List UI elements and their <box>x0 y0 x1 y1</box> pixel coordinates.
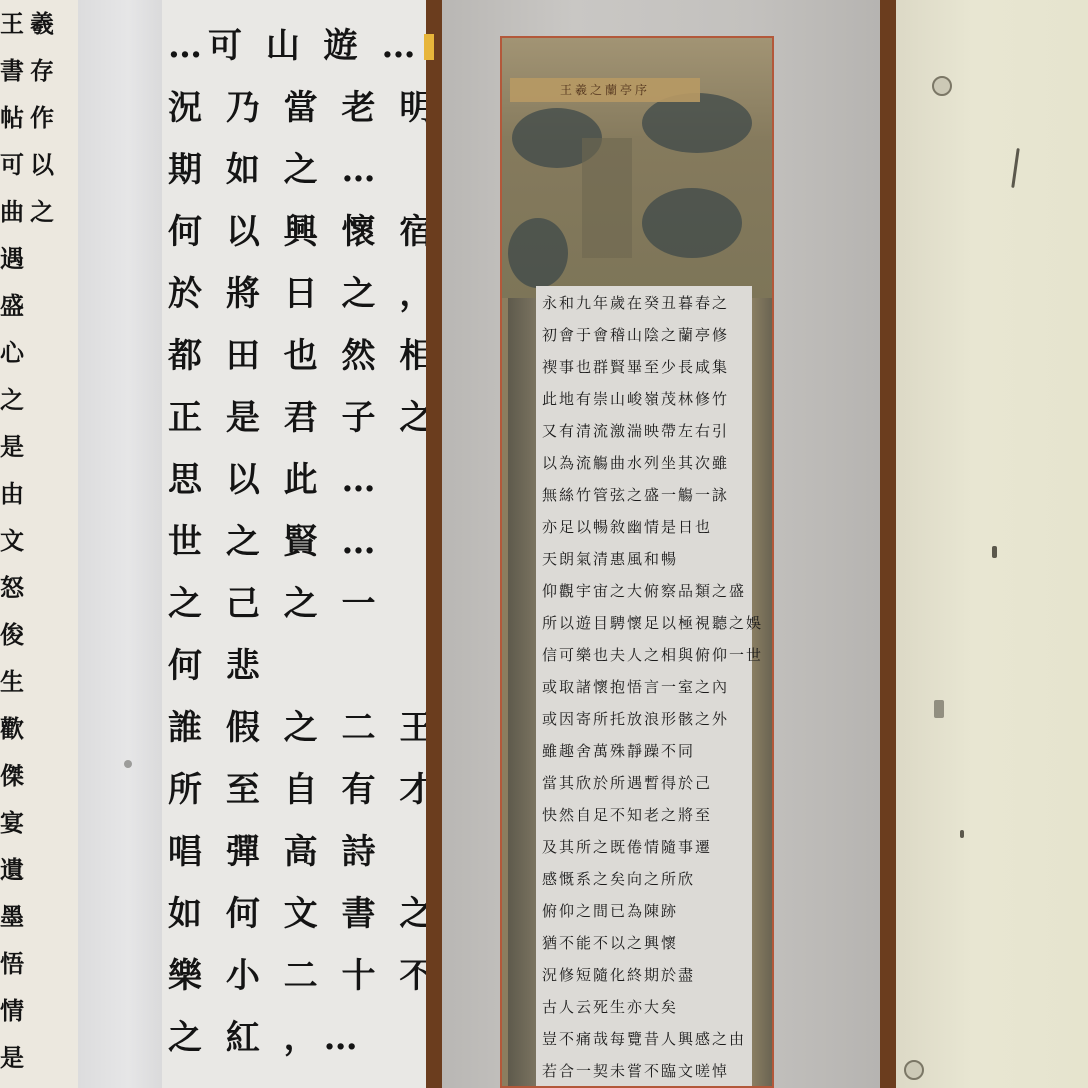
calligraphy-line: 以為流觴曲水列坐其次雖 <box>542 452 729 473</box>
calligraphy-line: 思 以 此 … <box>168 452 382 501</box>
calligraphy-line: …可 山 遊 … <box>168 18 422 67</box>
calligraphy-line: 俯仰之間已為陳跡 <box>542 900 678 921</box>
calligraphy-line: 由 <box>0 474 30 509</box>
calligraphy-line: 遺 <box>0 850 30 885</box>
calligraphy-line: 或因寄所托放浪形骸之外 <box>542 708 729 729</box>
calligraphy-line: 是 <box>0 427 30 462</box>
pine-tree-shape <box>642 188 742 258</box>
calligraphy-line: 之 紅 ，… <box>168 1010 364 1059</box>
painting-right-edge <box>752 298 772 1088</box>
title-strip: 王羲之蘭亭序 <box>510 78 700 102</box>
wall-hook-icon <box>932 76 952 96</box>
calligraphy-line: 墨 <box>0 897 30 932</box>
calligraphy-line: 都 田 也 然 相 … <box>168 328 426 377</box>
pine-tree-shape <box>508 218 568 288</box>
calligraphy-line: 樂 小 二 十 不 <box>168 948 426 997</box>
calligraphy-line: 及其所之既倦情隨事遷 <box>542 836 712 857</box>
calligraphy-line: 無絲竹管弦之盛一觴一詠 <box>542 484 729 505</box>
calligraphy-line: 若合一契未嘗不臨文嗟悼 <box>542 1060 729 1081</box>
calligraphy-line: 當其欣於所遇暫得於己 <box>542 772 712 793</box>
calligraphy-line: 此地有崇山峻嶺茂林修竹 <box>542 388 729 409</box>
calligraphy-line: 於 將 日 之 ， <box>168 266 426 315</box>
calligraphy-line: 天朗氣清惠風和暢 <box>542 548 678 569</box>
calligraphy-line: 王羲 <box>0 4 60 39</box>
calligraphy-line: 唱 彈 高 詩 <box>168 824 382 873</box>
wall-gap <box>78 0 162 1088</box>
calligraphy-line: 仰觀宇宙之大俯察品類之盛 <box>542 580 746 601</box>
wall-mark <box>992 546 997 558</box>
calligraphy-line: 期 如 之 … <box>168 142 382 191</box>
calligraphy-line: 信可樂也夫人之相與俯仰一世 <box>542 644 763 665</box>
wall-mark <box>960 830 964 838</box>
calligraphy-line: 曲之 <box>0 192 60 227</box>
calligraphy-text-panel: 永和九年歲在癸丑暮春之初會于會稽山陰之蘭亭修禊事也群賢畢至少長咸集此地有崇山峻嶺… <box>536 286 752 1088</box>
calligraphy-line: 帖作 <box>0 98 60 133</box>
calligraphy-line: 可以 <box>0 145 60 180</box>
calligraphy-line: 誰 假 之 二 王 之 書 <box>168 700 426 749</box>
calligraphy-line: 雖趣舍萬殊靜躁不同 <box>542 740 695 761</box>
calligraphy-line: 猶不能不以之興懷 <box>542 932 678 953</box>
calligraphy-line: 歡 <box>0 709 30 744</box>
calligraphy-line: 怒 <box>0 568 30 603</box>
calligraphy-line: 或取諸懷抱悟言一室之內 <box>542 676 729 697</box>
calligraphy-line: 亦足以暢敘幽情是日也 <box>542 516 712 537</box>
calligraphy-line: 初會于會稽山陰之蘭亭修 <box>542 324 729 345</box>
wall-hook-icon <box>904 1060 924 1080</box>
painting-scene <box>502 38 772 298</box>
calligraphy-line: 況 乃 當 老 明 … <box>168 80 426 129</box>
calligraphy-line: 何 悲 <box>168 638 266 687</box>
calligraphy-line: 世 之 賢 … <box>168 514 382 563</box>
pine-tree-shape <box>642 93 752 153</box>
left-calligraphy-scroll: 王羲書存帖作可以曲之遇盛心之是由文怒俊生歡傑宴遺墨悟情是 <box>0 0 78 1088</box>
calligraphy-line: 所以遊目騁懷足以極視聽之娛 <box>542 612 763 633</box>
pin-icon <box>124 760 132 768</box>
calligraphy-line: 如 何 文 書 之 … 君 <box>168 886 426 935</box>
calligraphy-line: 正 是 君 子 之 … <box>168 390 426 439</box>
middle-calligraphy-scroll: …可 山 遊 …況 乃 當 老 明 …期 如 之 …何 以 興 懷 宿於 將 日… <box>162 0 426 1088</box>
calligraphy-line: 遇 <box>0 239 30 274</box>
calligraphy-line: 情 <box>0 991 30 1026</box>
calligraphy-line: 傑 <box>0 756 30 791</box>
calligraphy-line: 是 <box>0 1038 30 1073</box>
landscape-painting: 王羲之蘭亭序 永和九年歲在癸丑暮春之初會于會稽山陰之蘭亭修禊事也群賢畢至少長咸集… <box>500 36 774 1088</box>
pavilion-shape <box>582 138 632 258</box>
calligraphy-line: 俊 <box>0 615 30 650</box>
calligraphy-line: 盛 <box>0 286 30 321</box>
calligraphy-line: 書存 <box>0 51 60 86</box>
wall <box>896 0 1088 1088</box>
tape-tab <box>424 34 434 60</box>
calligraphy-line: 之 <box>0 380 30 415</box>
calligraphy-line: 之 己 之 一 <box>168 576 382 625</box>
calligraphy-line: 永和九年歲在癸丑暮春之 <box>542 292 729 313</box>
calligraphy-line: 快然自足不知老之將至 <box>542 804 712 825</box>
wall-scratch <box>1011 148 1020 188</box>
calligraphy-line: 感慨系之矣向之所欣 <box>542 868 695 889</box>
calligraphy-line: 何 以 興 懷 宿 <box>168 204 426 253</box>
wall-mark <box>934 700 944 718</box>
calligraphy-line: 又有清流激湍映帶左右引 <box>542 420 729 441</box>
calligraphy-line: 生 <box>0 662 30 697</box>
calligraphy-line: 文 <box>0 521 30 556</box>
calligraphy-line: 心 <box>0 333 30 368</box>
calligraphy-line: 所 至 自 有 才 <box>168 762 426 811</box>
calligraphy-line: 況修短隨化終期於盡 <box>542 964 695 985</box>
calligraphy-line: 古人云死生亦大矣 <box>542 996 678 1017</box>
calligraphy-line: 宴 <box>0 803 30 838</box>
calligraphy-line: 豈不痛哉每覽昔人興感之由 <box>542 1028 746 1049</box>
painting-left-edge <box>508 298 536 1088</box>
calligraphy-line: 禊事也群賢畢至少長咸集 <box>542 356 729 377</box>
calligraphy-line: 悟 <box>0 944 30 979</box>
